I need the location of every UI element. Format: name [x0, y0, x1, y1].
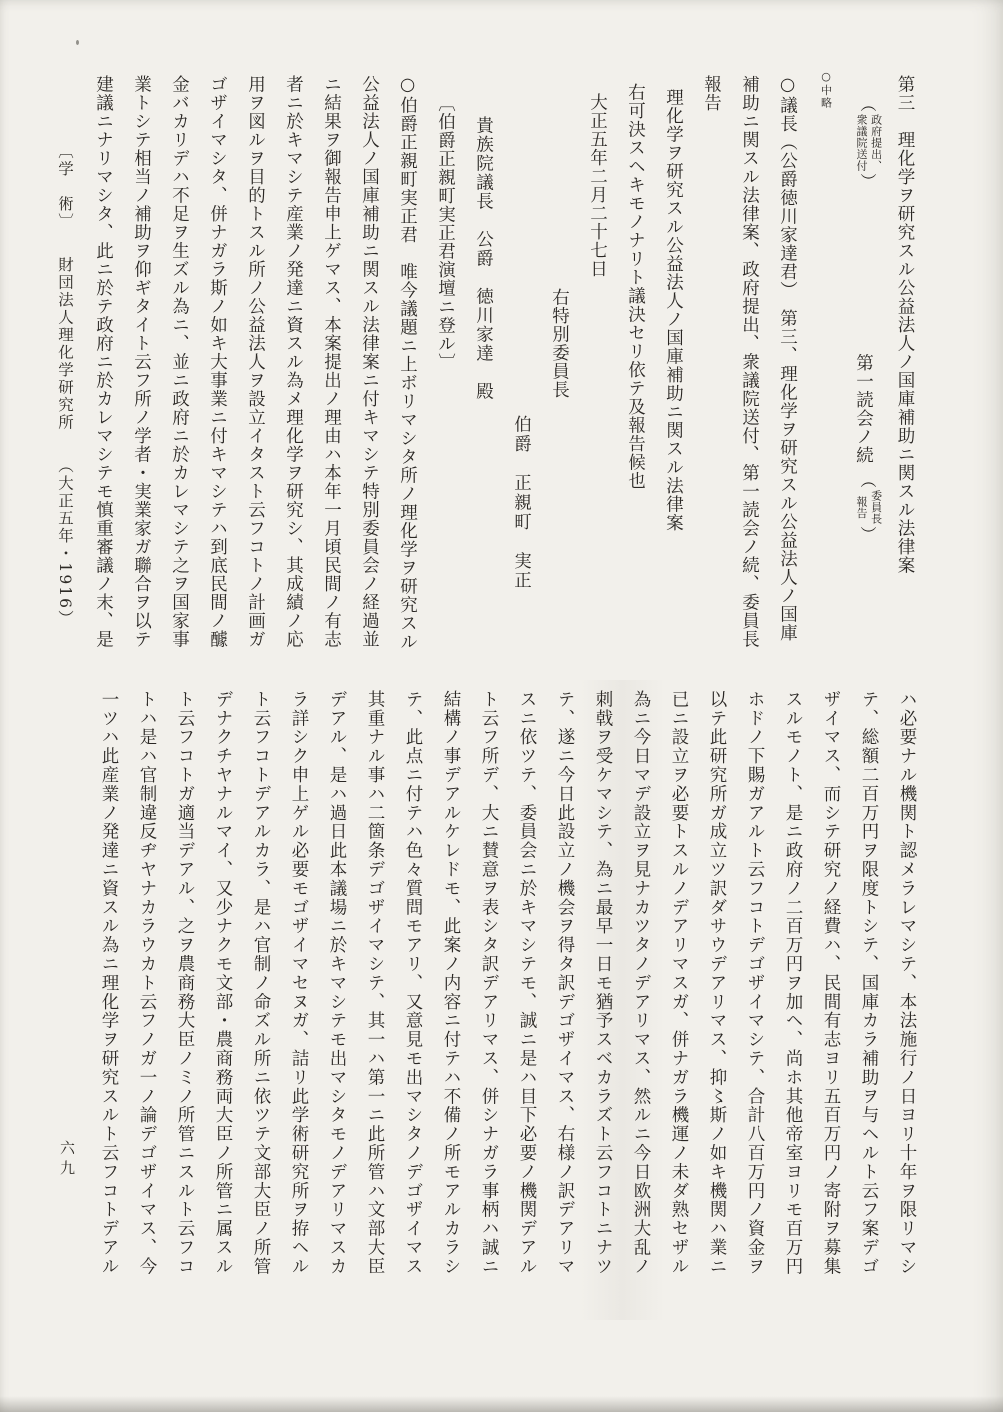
- speech-column: ハ必要ナル機関ト認メラレマシテ、本法施行ノ日ヨリ十年ヲ限リマシ: [888, 690, 926, 1276]
- stage-direction-column: 〔伯爵正親町実正君演壇ニ登ル〕: [427, 70, 465, 652]
- document-page: 〔学 術〕財団法人理化学研究所（大正五年・1916） 六九 第三 理化学ヲ研究ス…: [0, 0, 1003, 1412]
- speech-column: 一ツハ此産業ノ発達ニ資スル為ニ理化学ヲ研究スルト云フコトデアル: [90, 690, 128, 1276]
- bottom-text-block: ハ必要ナル機関ト認メラレマシテ、本法施行ノ日ヨリ十年ヲ限リマシ テ、総額二百万円…: [90, 690, 926, 1276]
- speech-column: ホドノ下賜ガアルト云フコトデゴザイマシテ、合計八百万円ノ資金ヲ: [736, 690, 774, 1276]
- speech-column: ト云フコトデアルカラ、是ハ官制ノ命ズル所ニ依ツテ文部大臣ノ所管: [242, 690, 280, 1276]
- speech-column: スルモノト、是ニ政府ノ二百万円ヲ加ヘ、尚ホ其他帝室ヨリモ百万円: [774, 690, 812, 1276]
- report-resolution-column: 右可決スヘキモノナリト議決セリ依テ及報告候也: [617, 70, 655, 652]
- speech-column: ト云フ所デ、大ニ賛意ヲ表シタ訳デアリマス、併シナガラ事柄ハ誠ニ: [470, 690, 508, 1276]
- margin-caption: 〔学 術〕財団法人理化学研究所（大正五年・1916）: [54, 143, 76, 627]
- caption-category: 〔学 術〕: [56, 143, 74, 231]
- speech-column: ゴザイマシタ、併ナガラ斯ノ如キ大事業ニ付キマシテハ到底民間ノ醵: [199, 70, 237, 652]
- speech-column: 公益法人ノ国庫補助ニ関スル法律案ニ付キマシテ特別委員会ノ経過並: [351, 70, 389, 652]
- speech-column: テ、総額二百万円ヲ限度トシテ、国庫カラ補助ヲ与ヘルト云フ案デゴ: [850, 690, 888, 1276]
- addressee-column: 貴族院議長 公爵 徳川家達 殿: [465, 70, 503, 652]
- speech-column: トハ是ハ官制違反ヂヤナカラウカト云フノガ一ノ論デゴザイマス、今: [128, 690, 166, 1276]
- caption-title: 財団法人理化学研究所: [56, 257, 74, 432]
- speech-column: ラ詳シク申上ゲル必要モゴザイマセヌガ、詰リ此学術研究所ヲ拵ヘル: [280, 690, 318, 1276]
- speech-column: テ、此点ニ付テハ色々質問モアリ、又意見モ出マシタノデゴザイマス: [394, 690, 432, 1276]
- speech-column: ○伯爵正親町実正君 唯今議題ニ上ボリマシタ所ノ理化学ヲ研究スル: [389, 70, 427, 652]
- scan-speck: [76, 40, 79, 45]
- speech-column: 其重ナル事ハ二箇条デゴザイマシテ、其一ハ第一ニ此所管ハ文部大臣: [356, 690, 394, 1276]
- annotation-submission: （ 政府提出、 衆議院送付 ）: [850, 97, 886, 189]
- heading-line2: 第一読会ノ続: [854, 354, 874, 465]
- chair-speech-column: 報告: [693, 70, 731, 652]
- top-text-block: 第三 理化学ヲ研究スル公益法人ノ国庫補助ニ関スル法律案 （ 政府提出、 衆議院送…: [85, 70, 925, 652]
- speech-column: 建議ニナリマシタ、此ニ於テ政府ニ於カレマシテモ慎重審議ノ末、是: [85, 70, 123, 652]
- speech-column: 已ニ設立ヲ必要トスルノデアリマスガ、併ナガラ機運ノ未ダ熟セザル: [660, 690, 698, 1276]
- heading-annotation-column: （ 政府提出、 衆議院送付 ） 第一読会ノ続 （ 委員長 報告 ）: [845, 70, 887, 652]
- speech-column: ザイマス、而シテ研究ノ経費ハ、民間有志ヨリ五百万円ノ寄附ヲ募集: [812, 690, 850, 1276]
- speech-column: 業トシテ相当ノ補助ヲ仰ギタイト云フ所ノ学者・実業家ガ聯合ヲ以テ: [123, 70, 161, 652]
- omission-note-column: ○中略: [807, 70, 845, 652]
- speech-column: 者ニ於キマシテ産業ノ発達ニ資スル為メ理化学ヲ研究シ、其成績ノ応: [275, 70, 313, 652]
- page-number: 六九: [57, 1140, 78, 1180]
- speech-column: 金バカリデハ不足ヲ生ズル為ニ、並ニ政府ニ於カレマシテ之ヲ国家事: [161, 70, 199, 652]
- speech-column: デアル、是ハ過日此本議場ニ於キマシテモ出マシタモノデアリマスカ: [318, 690, 356, 1276]
- speech-column: 結構ノ事デアルケレドモ、此案ノ内容ニ付テハ不備ノ所モアルカラシ: [432, 690, 470, 1276]
- report-bill-title-column: 理化学ヲ研究スル公益法人ノ国庫補助ニ関スル法律案: [655, 70, 693, 652]
- speech-column: 以テ此研究所ガ成立ツ訳ダサウデアリマス、抑〻斯ノ如キ機関ハ業ニ: [698, 690, 736, 1276]
- speech-column: スニ依ツテ、委員会ニ於キマシテモ、誠ニ是ハ目下必要ノ機関デアル: [508, 690, 546, 1276]
- speech-column: テ、遂ニ今日此設立ノ機会ヲ得タ訳デゴザイマス、右様ノ訳デアリマ: [546, 690, 584, 1276]
- signature-name-column: 伯爵 正親町 実正: [503, 70, 541, 652]
- speech-column: 用ヲ図ルヲ目的トスル所ノ公益法人ヲ設立イタスト云フコトノ計画ガ: [237, 70, 275, 652]
- paren-close: ）: [861, 516, 876, 552]
- speech-column: デナクチヤナルマイ、又少ナクモ文部・農商務両大臣ノ所管ニ属スル: [204, 690, 242, 1276]
- report-date-column: 大正五年二月二十七日: [579, 70, 617, 652]
- chair-speech-column: 補助ニ関スル法律案、政府提出、衆議院送付、第一読会ノ続、委員長: [731, 70, 769, 652]
- heading-column: 第三 理化学ヲ研究スル公益法人ノ国庫補助ニ関スル法律案: [886, 70, 924, 652]
- chair-speech-column: ○議長（公爵徳川家達君） 第三、理化学ヲ研究スル公益法人ノ国庫: [769, 70, 807, 652]
- speech-column: ト云フコトガ適当デアル、之ヲ農商務大臣ノミノ所管ニスルト云フコ: [166, 690, 204, 1276]
- paren-open: （: [861, 87, 876, 123]
- speech-column: ニ結果ヲ御報告申上ゲマス、本案提出ノ理由ハ本年一月頃民間ノ有志: [313, 70, 351, 652]
- caption-year: （大正五年・1916）: [56, 458, 74, 628]
- speech-column: 為ニ今日マデ設立ヲ見ナカツタノデアリマス、然ルニ今日欧洲大乱ノ: [622, 690, 660, 1276]
- paren-open: （: [861, 463, 876, 499]
- annotation-chairman-report: （ 委員長 報告 ）: [850, 473, 886, 542]
- paren-close: ）: [861, 163, 876, 199]
- signature-role-column: 右特別委員長: [541, 70, 579, 652]
- speech-column: 刺戟ヲ受ケマシテ、為ニ最早一日モ猶予スベカラズト云フコトニナツ: [584, 690, 622, 1276]
